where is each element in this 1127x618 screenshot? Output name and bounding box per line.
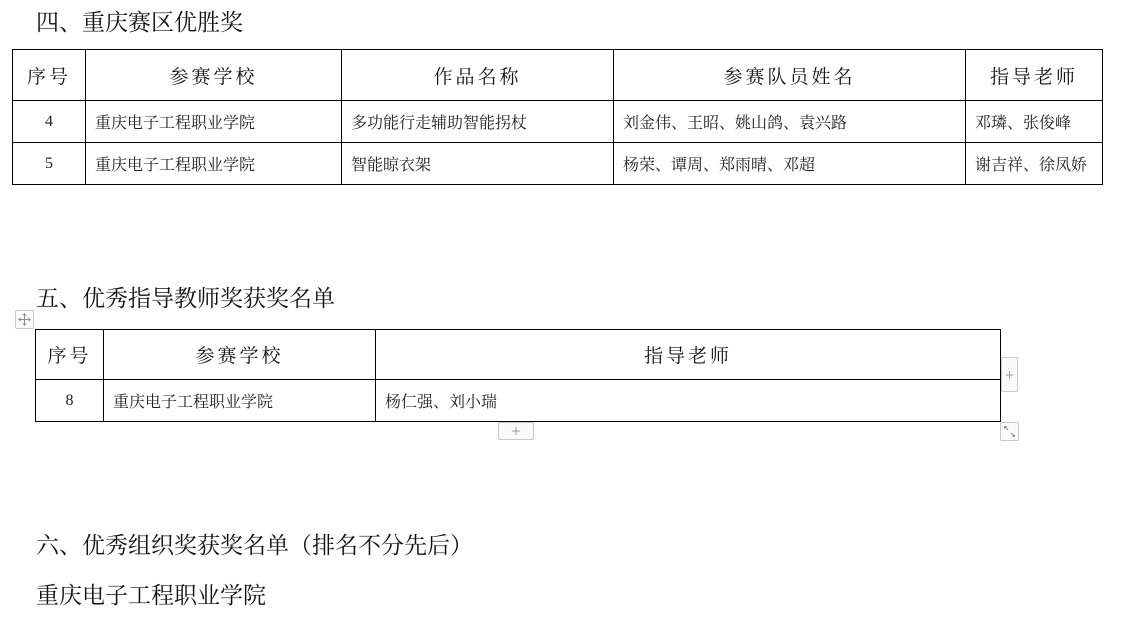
table-header-row: 序号 参赛学校 指导老师 — [36, 330, 1001, 380]
cell-school[interactable]: 重庆电子工程职业学院 — [104, 380, 376, 422]
cell-number[interactable]: 5 — [13, 143, 86, 185]
plus-icon: + — [511, 424, 521, 438]
table-row: 4 重庆电子工程职业学院 多功能行走辅助智能拐杖 刘金伟、王昭、姚山鸽、袁兴路 … — [13, 101, 1103, 143]
table-row: 5 重庆电子工程职业学院 智能晾衣架 杨荣、谭周、郑雨晴、邓超 谢吉祥、徐凤娇 — [13, 143, 1103, 185]
cell-team-members[interactable]: 刘金伟、王昭、姚山鸽、袁兴路 — [614, 101, 966, 143]
add-column-button[interactable]: + — [1001, 357, 1018, 392]
awards-table: 序号 参赛学校 作品名称 参赛队员姓名 指导老师 4 重庆电子工程职业学院 多功… — [12, 49, 1103, 185]
section-heading-4: 四、重庆赛区优胜奖 — [36, 8, 243, 38]
table-resize-handle[interactable] — [1000, 422, 1019, 441]
section-heading-5: 五、优秀指导教师奖获奖名单 — [36, 284, 335, 314]
header-work-title: 作品名称 — [342, 50, 614, 101]
resize-icon — [1004, 426, 1015, 437]
plus-icon: + — [1004, 368, 1014, 382]
cell-number[interactable]: 8 — [36, 380, 104, 422]
organization-name: 重庆电子工程职业学院 — [36, 581, 266, 611]
table-move-handle[interactable] — [15, 310, 34, 329]
cell-advisors[interactable]: 谢吉祥、徐凤娇 — [966, 143, 1103, 185]
header-advisors: 指导老师 — [966, 50, 1103, 101]
cell-number[interactable]: 4 — [13, 101, 86, 143]
header-school: 参赛学校 — [86, 50, 342, 101]
add-row-button[interactable]: + — [498, 422, 534, 440]
header-number: 序号 — [36, 330, 104, 380]
cell-school[interactable]: 重庆电子工程职业学院 — [86, 143, 342, 185]
header-number: 序号 — [13, 50, 86, 101]
header-team-members: 参赛队员姓名 — [614, 50, 966, 101]
header-advisors: 指导老师 — [376, 330, 1001, 380]
cell-advisors[interactable]: 杨仁强、刘小瑞 — [376, 380, 1001, 422]
header-school: 参赛学校 — [104, 330, 376, 380]
cell-team-members[interactable]: 杨荣、谭周、郑雨晴、邓超 — [614, 143, 966, 185]
table-row: 8 重庆电子工程职业学院 杨仁强、刘小瑞 — [36, 380, 1001, 422]
cell-school[interactable]: 重庆电子工程职业学院 — [86, 101, 342, 143]
section-heading-6: 六、优秀组织奖获奖名单（排名不分先后） — [36, 531, 473, 561]
cell-advisors[interactable]: 邓璘、张俊峰 — [966, 101, 1103, 143]
move-icon — [18, 313, 31, 326]
cell-work-title[interactable]: 智能晾衣架 — [342, 143, 614, 185]
table-header-row: 序号 参赛学校 作品名称 参赛队员姓名 指导老师 — [13, 50, 1103, 101]
cell-work-title[interactable]: 多功能行走辅助智能拐杖 — [342, 101, 614, 143]
teachers-table: 序号 参赛学校 指导老师 8 重庆电子工程职业学院 杨仁强、刘小瑞 — [35, 329, 1001, 422]
